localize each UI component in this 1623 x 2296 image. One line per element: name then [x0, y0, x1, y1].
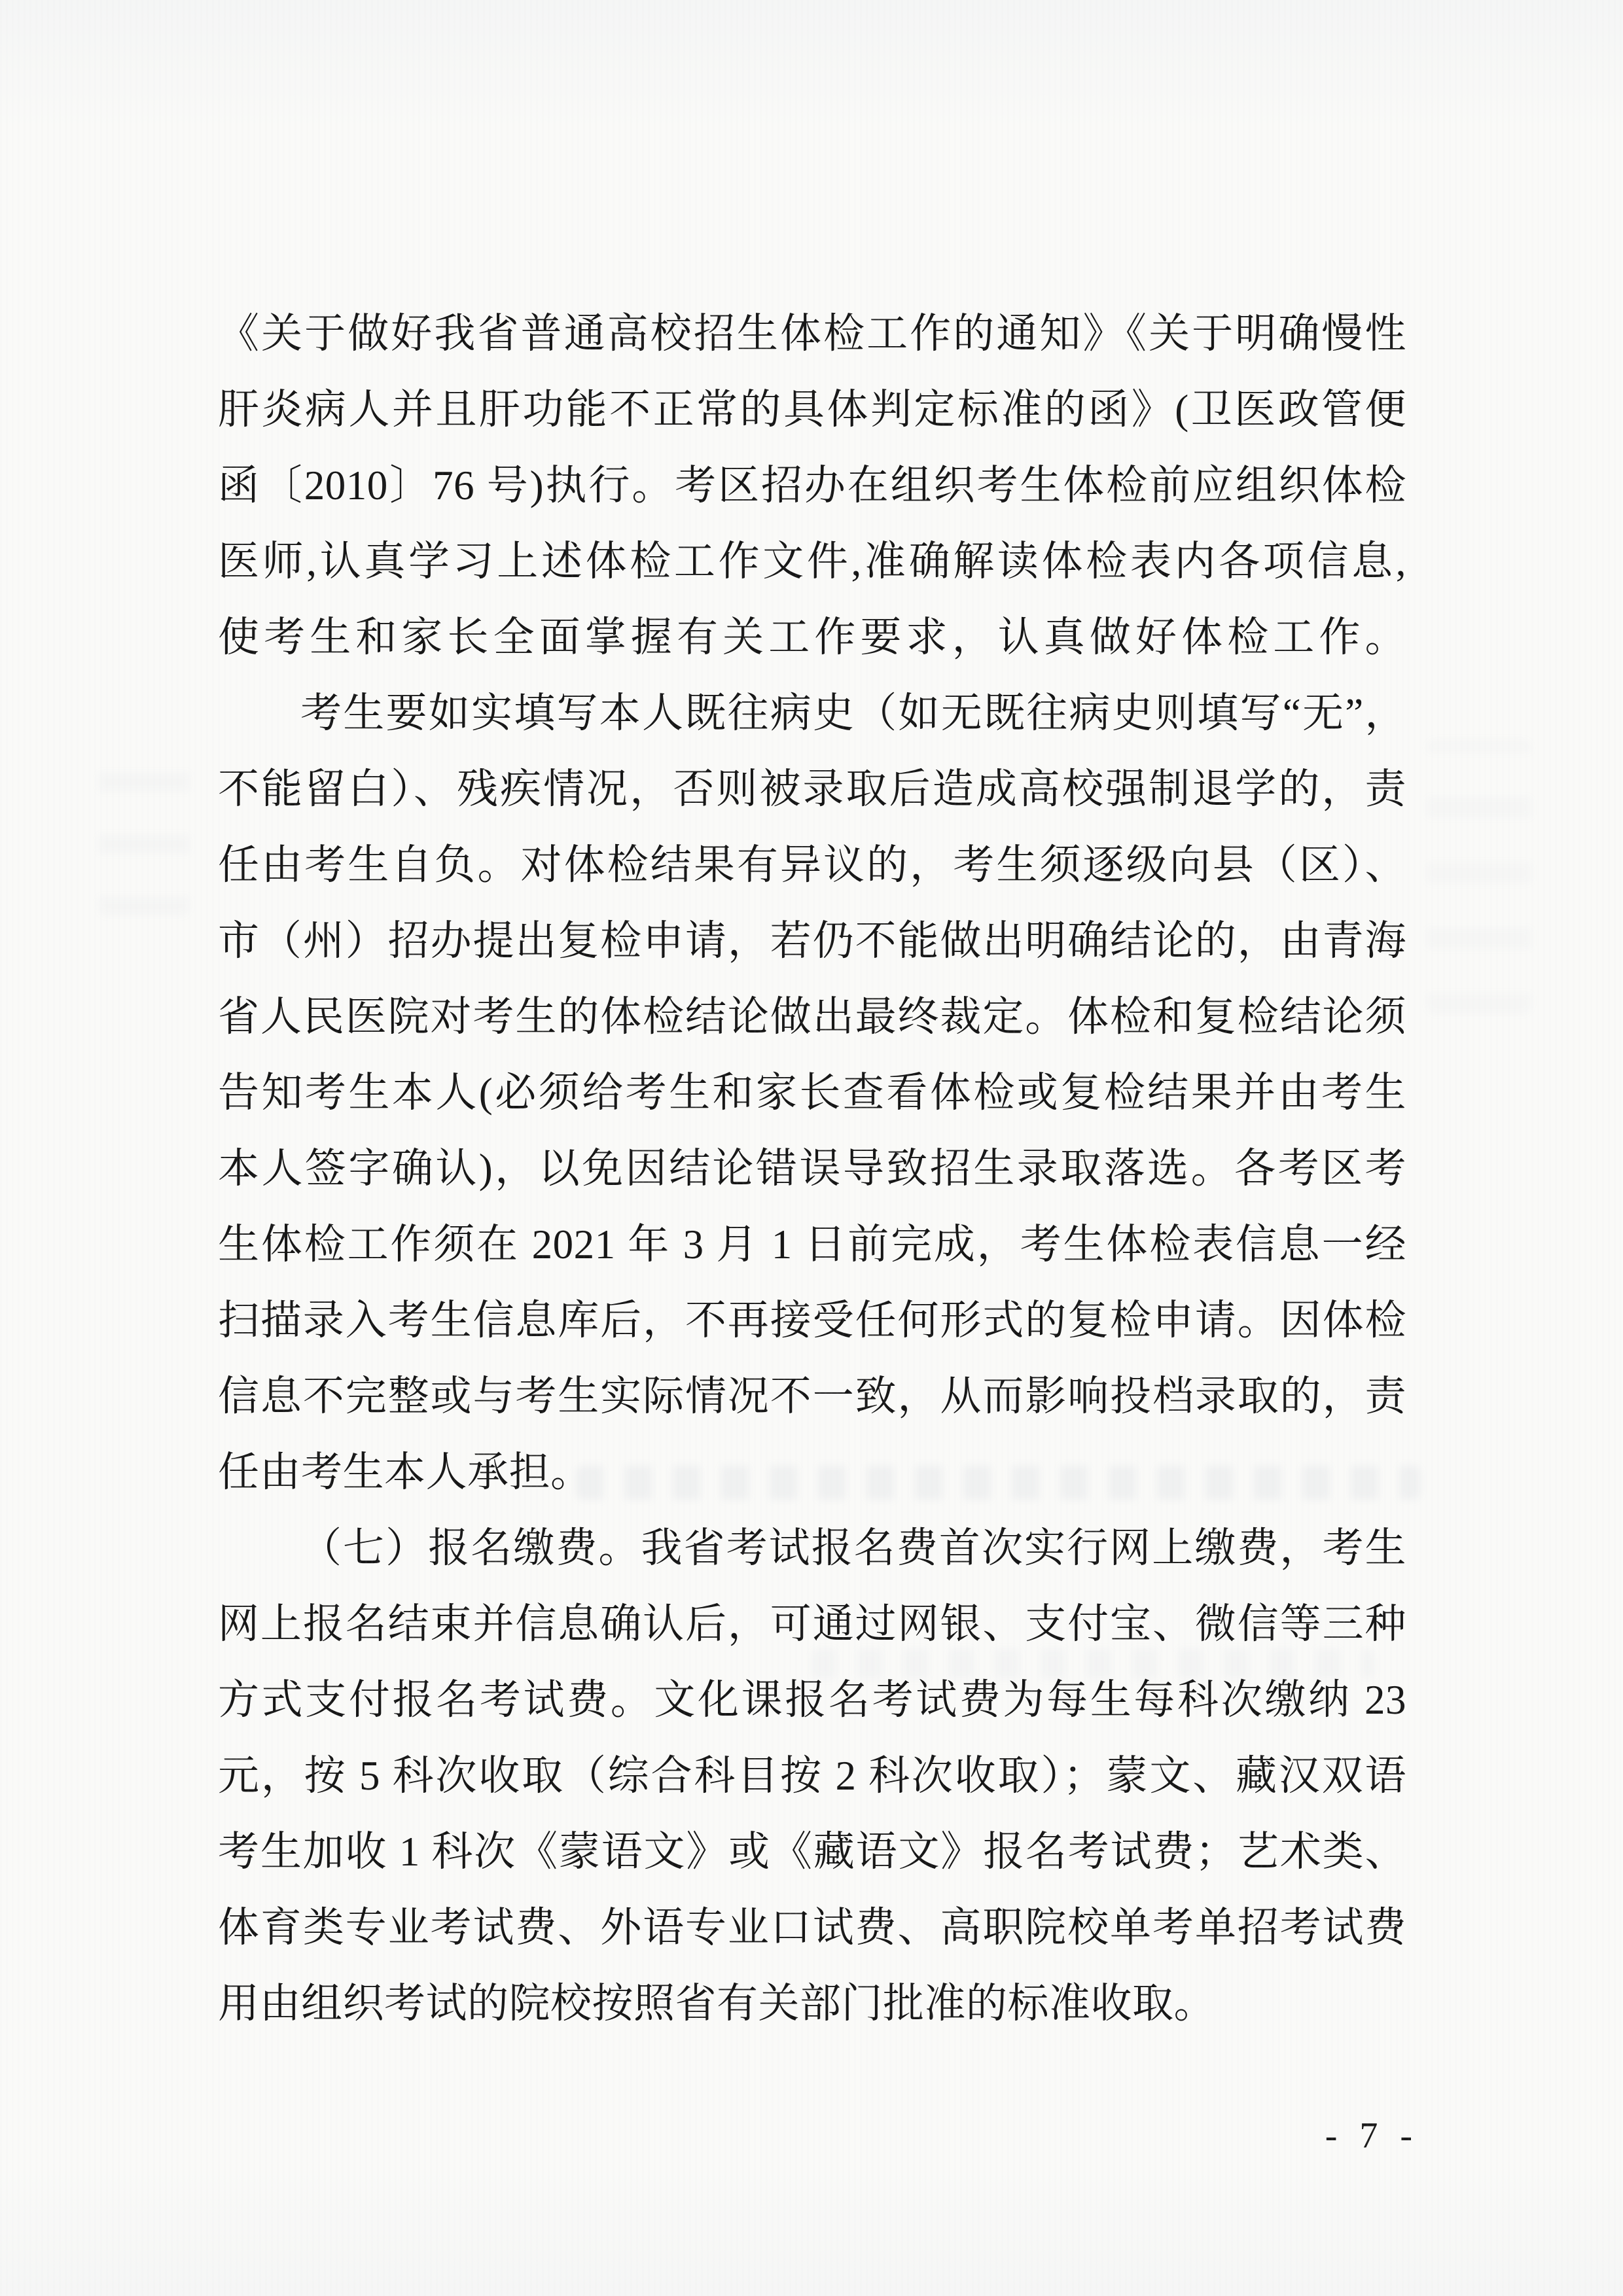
text-line: 函〔2010〕76 号)执行。考区招办在组织考生体检前应组织体检 — [218, 448, 1406, 523]
text-line: 扫描录入考生信息库后，不再接受任何形式的复检申请。因体检 — [218, 1282, 1406, 1358]
text-line: 考生要如实填写本人既往病史（如无既往病史则填写“无”， — [218, 675, 1406, 751]
text-line: 方式支付报名考试费。文化课报名考试费为每生每科次缴纳 23 — [218, 1662, 1406, 1738]
text-line: 任由考生自负。对体检结果有异议的，考生须逐级向县（区）、 — [218, 827, 1406, 903]
document-body: 《关于做好我省普通高校招生体检工作的通知》《关于明确慢性肝炎病人并且肝功能不正常… — [218, 296, 1406, 2041]
text-line: 生体检工作须在 2021 年 3 月 1 日前完成，考生体检表信息一经 — [218, 1207, 1406, 1282]
text-line: 使考生和家长全面掌握有关工作要求，认真做好体检工作。 — [218, 599, 1406, 675]
text-line: 网上报名结束并信息确认后，可通过网银、支付宝、微信等三种 — [218, 1586, 1406, 1662]
text-line: 肝炎病人并且肝功能不正常的具体判定标准的函》(卫医政管便 — [218, 372, 1406, 448]
text-line: 信息不完整或与考生实际情况不一致，从而影响投档录取的，责 — [218, 1358, 1406, 1434]
text-line: 本人签字确认)，以免因结论错误导致招生录取落选。各考区考 — [218, 1131, 1406, 1207]
bleedthrough-smudge — [1427, 739, 1531, 1014]
text-line: 市（州）招办提出复检申请，若仍不能做出明确结论的，由青海 — [218, 903, 1406, 979]
text-line: 告知考生本人(必须给考生和家长查看体检或复检结果并由考生 — [218, 1055, 1406, 1131]
scanned-document-page: 《关于做好我省普通高校招生体检工作的通知》《关于明确慢性肝炎病人并且肝功能不正常… — [0, 0, 1623, 2296]
text-line: 《关于做好我省普通高校招生体检工作的通知》《关于明确慢性 — [218, 296, 1406, 372]
text-line: 考生加收 1 科次《蒙语文》或《藏语文》报名考试费；艺术类、 — [218, 1814, 1406, 1890]
text-line: 省人民医院对考生的体检结论做出最终裁定。体检和复检结论须 — [218, 979, 1406, 1055]
text-line: 体育类专业考试费、外语专业口试费、高职院校单考单招考试费 — [218, 1890, 1406, 1966]
bleedthrough-smudge — [98, 746, 190, 916]
text-line: 不能留白）、残疾情况，否则被录取后造成高校强制退学的，责 — [218, 751, 1406, 827]
text-line: 任由考生本人承担。 — [218, 1434, 1406, 1510]
text-line: 医师,认真学习上述体检工作文件,准确解读体检表内各项信息, — [218, 523, 1406, 599]
text-line: （七）报名缴费。我省考试报名费首次实行网上缴费，考生 — [218, 1510, 1406, 1586]
text-line: 元，按 5 科次收取（综合科目按 2 科次收取）；蒙文、藏汉双语 — [218, 1738, 1406, 1814]
text-line: 用由组织考试的院校按照省有关部门批准的标准收取。 — [218, 1966, 1406, 2041]
page-number: - 7 - — [1325, 2115, 1419, 2157]
